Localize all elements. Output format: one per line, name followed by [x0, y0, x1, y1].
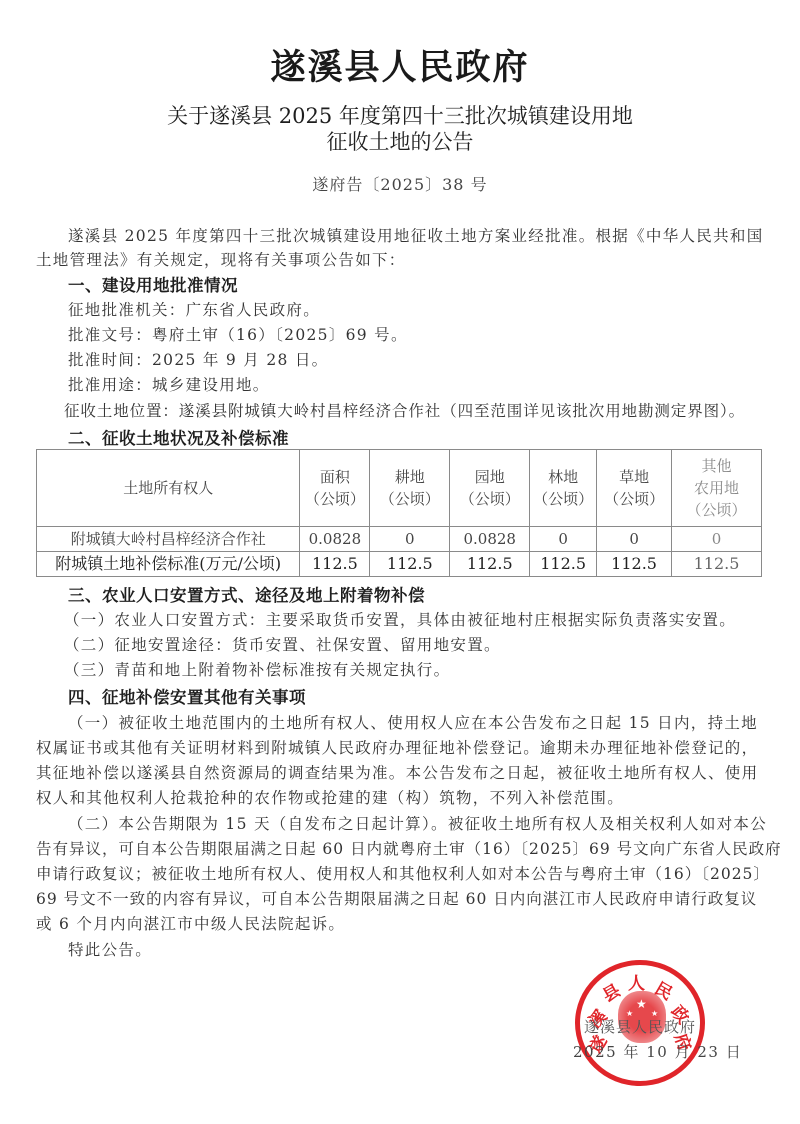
section4-para1-line3: 其征地补偿以遂溪县自然资源局的调查结果为准。本公告发布之日起，被征收土地所有权人…	[36, 761, 758, 783]
signature-organization: 遂溪县人民政府	[584, 1016, 696, 1037]
cell-cultivated: 0	[370, 527, 450, 552]
section1-heading: 一、建设用地批准情况	[68, 272, 238, 296]
section4-para2-line4: 69 号文不一致的内容有异议，可自本公告期限届满之日起 60 日内向湛江市人民政…	[36, 887, 757, 909]
cell-forest: 0	[530, 527, 597, 552]
intro-line1: 遂溪县 2025 年度第四十三批次城镇建设用地征收土地方案业经批准。根据《中华人…	[68, 224, 764, 246]
table-row: 附城镇土地补偿标准(万元/公顷) 112.5 112.5 112.5 112.5…	[37, 552, 762, 577]
table-row: 附城镇大岭村昌梓经济合作社 0.0828 0 0.0828 0 0 0	[37, 527, 762, 552]
section2-heading: 二、征收土地状况及补偿标准	[68, 425, 289, 449]
cell-owner: 附城镇土地补偿标准(万元/公顷)	[37, 552, 300, 577]
section3-item2: （二）征地安置途径：货币安置、社保安置、留用地安置。	[64, 633, 501, 655]
section4-para1-line4: 权人和其他权利人抢栽抢种的农作物或抢建的建（构）筑物，不列入补偿范围。	[36, 786, 624, 808]
intro-line2: 土地管理法》有关规定，现将有关事项公告如下：	[36, 248, 406, 270]
issuer-title: 遂溪县人民政府	[0, 40, 800, 90]
section4-para2-line3: 申请行政复议；被征收土地所有权人、使用权人和其他权利人如对本公告与粤府土审（16…	[36, 862, 770, 884]
document-number: 遂府告〔2025〕38 号	[0, 172, 800, 195]
cell-forest: 112.5	[530, 552, 597, 577]
header-other-agri: 其他农用地（公顷）	[672, 450, 762, 527]
section4-para1-line2: 权属证书或其他有关证明材料到附城镇人民政府办理征地补偿登记。逾期未办理征地补偿登…	[36, 736, 758, 758]
signature-date: 2025 年 10 月 23 日	[573, 1041, 742, 1062]
cell-area: 112.5	[300, 552, 370, 577]
cell-garden: 0.0828	[450, 527, 530, 552]
section4-para1-line1: （一）被征收土地范围内的土地所有权人、使用权人应在本公告发布之日起 15 日内，…	[68, 711, 758, 733]
cell-grass: 0	[597, 527, 672, 552]
cell-other-agri: 0	[672, 527, 762, 552]
approval-doc-number: 批准文号：粤府土审（16）〔2025〕69 号。	[68, 323, 408, 345]
section4-heading: 四、征地补偿安置其他有关事项	[68, 684, 306, 708]
closing-text: 特此公告。	[68, 938, 152, 960]
section4-para2-line5: 或 6 个月内向湛江市中级人民法院起诉。	[36, 912, 345, 934]
header-grass: 草地（公顷）	[597, 450, 672, 527]
header-garden: 园地（公顷）	[450, 450, 530, 527]
cell-garden: 112.5	[450, 552, 530, 577]
notice-title-line2: 征收土地的公告	[0, 126, 800, 156]
section3-item3: （三）青苗和地上附着物补偿标准按有关规定执行。	[64, 658, 450, 680]
cell-owner: 附城镇大岭村昌梓经济合作社	[37, 527, 300, 552]
cell-other-agri: 112.5	[672, 552, 762, 577]
approval-authority: 征地批准机关：广东省人民政府。	[68, 298, 320, 320]
approval-date: 批准时间：2025 年 9 月 28 日。	[68, 348, 328, 370]
section3-item1: （一）农业人口安置方式：主要采取货币安置，具体由被征地村庄根据实际负责落实安置。	[64, 608, 736, 630]
approval-purpose: 批准用途：城乡建设用地。	[68, 373, 270, 395]
cell-grass: 112.5	[597, 552, 672, 577]
cell-cultivated: 112.5	[370, 552, 450, 577]
header-cultivated: 耕地（公顷）	[370, 450, 450, 527]
land-compensation-table: 土地所有权人 面积（公顷） 耕地（公顷） 园地（公顷） 林地（公顷） 草地（公顷…	[36, 449, 762, 577]
header-area: 面积（公顷）	[300, 450, 370, 527]
section4-para2-line2: 告有异议，可自本公告期限届满之日起 60 日内就粤府土审（16）〔2025〕69…	[36, 837, 782, 859]
section4-para2-line1: （二）本公告期限为 15 天（自发布之日起计算）。被征收土地所有权人及相关权利人…	[68, 812, 767, 834]
header-owner: 土地所有权人	[37, 450, 300, 527]
table-header-row: 土地所有权人 面积（公顷） 耕地（公顷） 园地（公顷） 林地（公顷） 草地（公顷…	[37, 450, 762, 527]
section3-heading: 三、农业人口安置方式、途径及地上附着物补偿	[68, 582, 425, 606]
header-forest: 林地（公顷）	[530, 450, 597, 527]
land-location: 征收土地位置：遂溪县附城镇大岭村昌梓经济合作社（四至范围详见该批次用地勘测定界图…	[64, 399, 745, 421]
cell-area: 0.0828	[300, 527, 370, 552]
